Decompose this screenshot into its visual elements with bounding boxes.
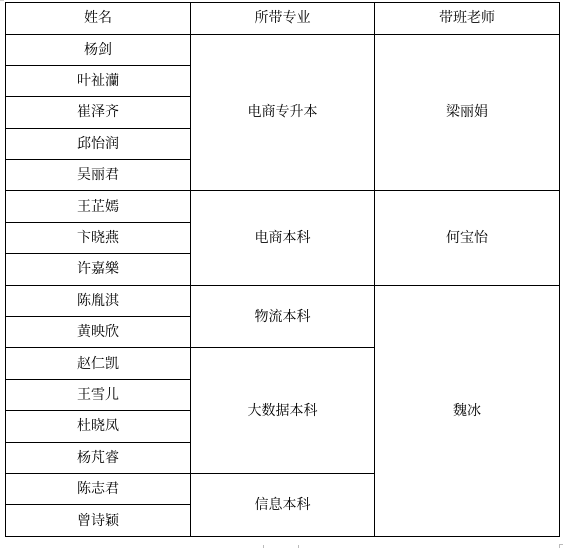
student-name: 杜晓凤 [6,411,191,442]
teacher-cell: 魏冰 [375,285,560,536]
corner-artifact [0,0,4,1]
student-name: 黄映欣 [6,317,191,348]
resize-corner-artifact [559,544,563,548]
table-row: 王芷嫣 电商本科 何宝怡 [6,191,560,222]
student-name: 陈胤淇 [6,285,191,316]
major-cell: 物流本科 [191,285,375,348]
teacher-cell: 何宝怡 [375,191,560,285]
header-row: 姓名 所带专业 带班老师 [6,3,560,35]
student-name: 赵仁凯 [6,348,191,379]
student-name: 曾诗颖 [6,505,191,536]
major-cell: 信息本科 [191,473,375,536]
header-teacher: 带班老师 [375,3,560,35]
student-name: 杨剑 [6,34,191,65]
major-cell: 大数据本科 [191,348,375,474]
student-name: 许嘉樂 [6,254,191,285]
student-name: 叶祉灡 [6,65,191,96]
student-name: 吴丽君 [6,160,191,191]
student-name: 王雪儿 [6,379,191,410]
student-name: 陈志君 [6,473,191,504]
student-name: 王芷嫣 [6,191,191,222]
header-major: 所带专业 [191,3,375,35]
table-row: 杨剑 电商专升本 梁丽娟 [6,34,560,65]
header-name: 姓名 [6,3,191,35]
table-row: 陈胤淇 物流本科 魏冰 [6,285,560,316]
student-name: 卞晓燕 [6,222,191,253]
class-teacher-table: 姓名 所带专业 带班老师 杨剑 电商专升本 梁丽娟 叶祉灡 崔泽齐 邱怡润 吴丽… [5,2,560,537]
student-name: 杨芃睿 [6,442,191,473]
major-cell: 电商本科 [191,191,375,285]
student-name: 崔泽齐 [6,97,191,128]
teacher-cell: 梁丽娟 [375,34,560,191]
major-cell: 电商专升本 [191,34,375,191]
student-name: 邱怡润 [6,128,191,159]
